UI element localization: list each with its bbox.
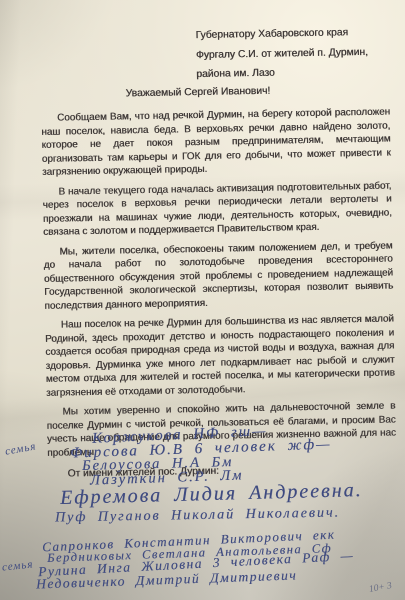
document-photo: Губернатору Хабаровского края Фургалу С.… — [0, 0, 405, 600]
signatures-block: Коржукова НФ гш— семья Фирсова Ю.В 6 чел… — [0, 0, 405, 600]
margin-note-family: семья — [4, 440, 37, 457]
page-note: 10+ 3 — [368, 581, 392, 595]
margin-note-family: семья — [1, 558, 34, 573]
